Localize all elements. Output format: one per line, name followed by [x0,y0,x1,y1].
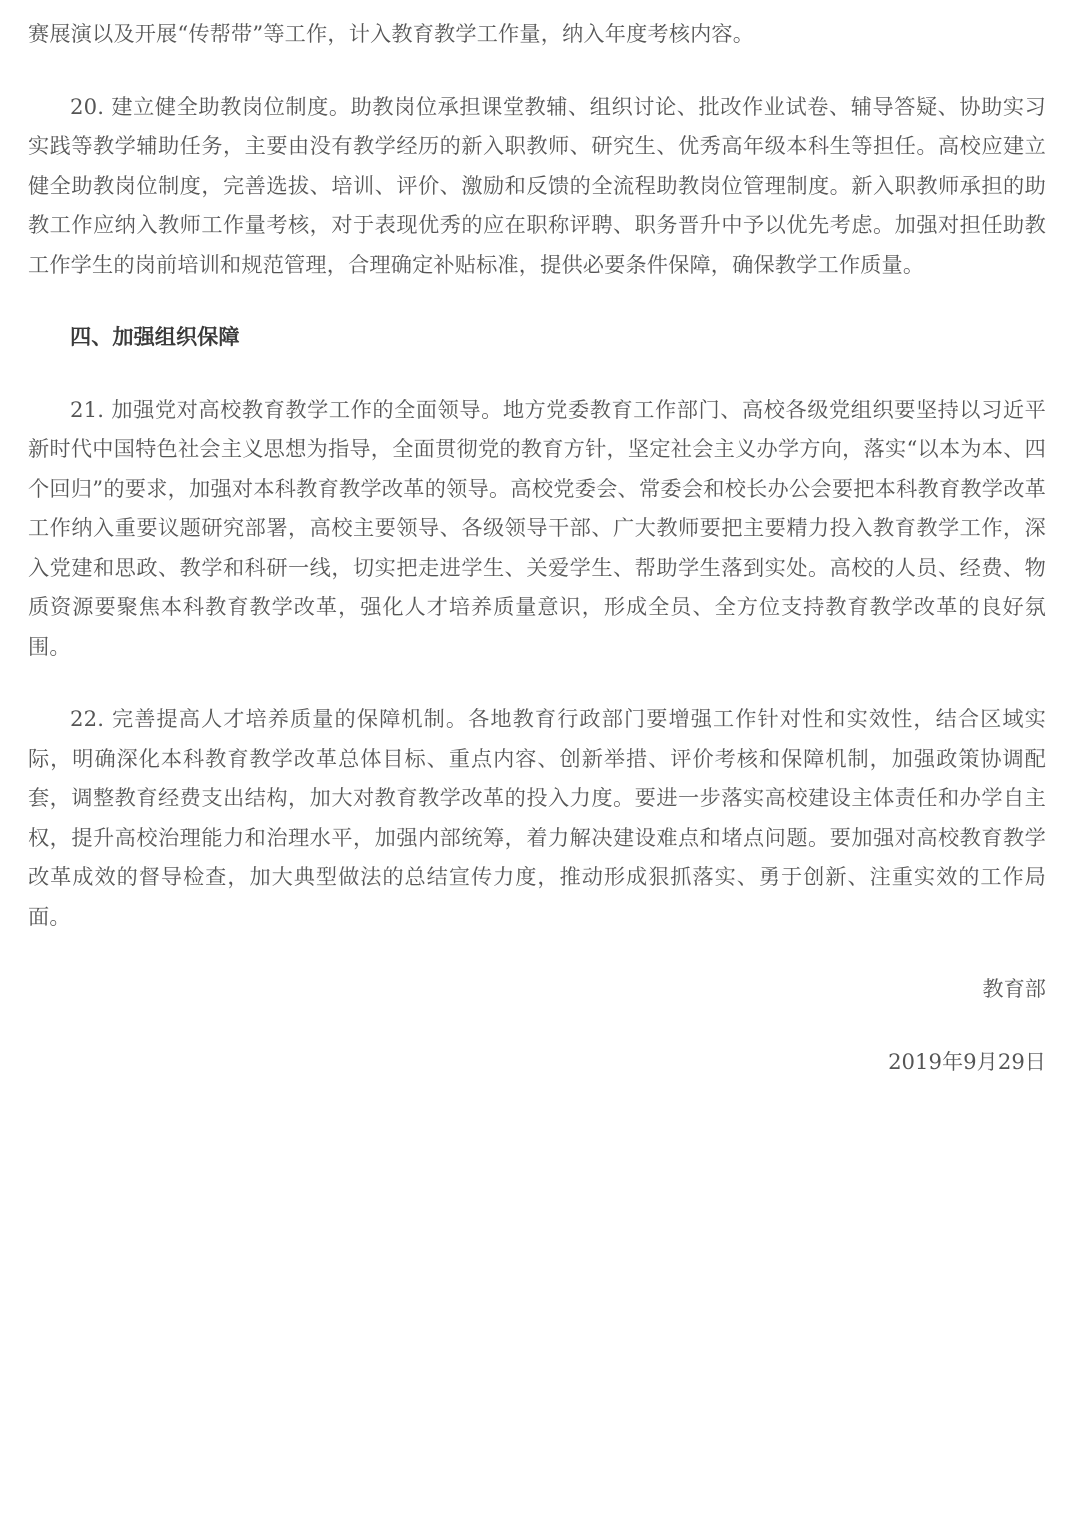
signature-date: 2019年9月29日 [28,1042,1046,1082]
paragraph-spacer [28,666,1046,699]
paragraph-spacer [28,54,1046,87]
signature-issuer: 教育部 [28,969,1046,1009]
paragraph-spacer [28,284,1046,317]
paragraph-19-continuation: 赛展演以及开展“传帮带”等工作，计入教育教学工作量，纳入年度考核内容。 [28,14,1046,54]
paragraph-spacer [28,936,1046,969]
paragraph-21-party-leadership: 21. 加强党对高校教育教学工作的全面领导。地方党委教育工作部门、高校各级党组织… [28,390,1046,667]
section-heading-organizational-guarantee: 四、加强组织保障 [28,317,1046,357]
document-page: 赛展演以及开展“传帮带”等工作，计入教育教学工作量，纳入年度考核内容。 20. … [28,14,1046,1081]
paragraph-spacer [28,1009,1046,1042]
paragraph-22-quality-assurance: 22. 完善提高人才培养质量的保障机制。各地教育行政部门要增强工作针对性和实效性… [28,699,1046,936]
paragraph-spacer [28,357,1046,390]
paragraph-20-teaching-assistant-system: 20. 建立健全助教岗位制度。助教岗位承担课堂教辅、组织讨论、批改作业试卷、辅导… [28,87,1046,285]
